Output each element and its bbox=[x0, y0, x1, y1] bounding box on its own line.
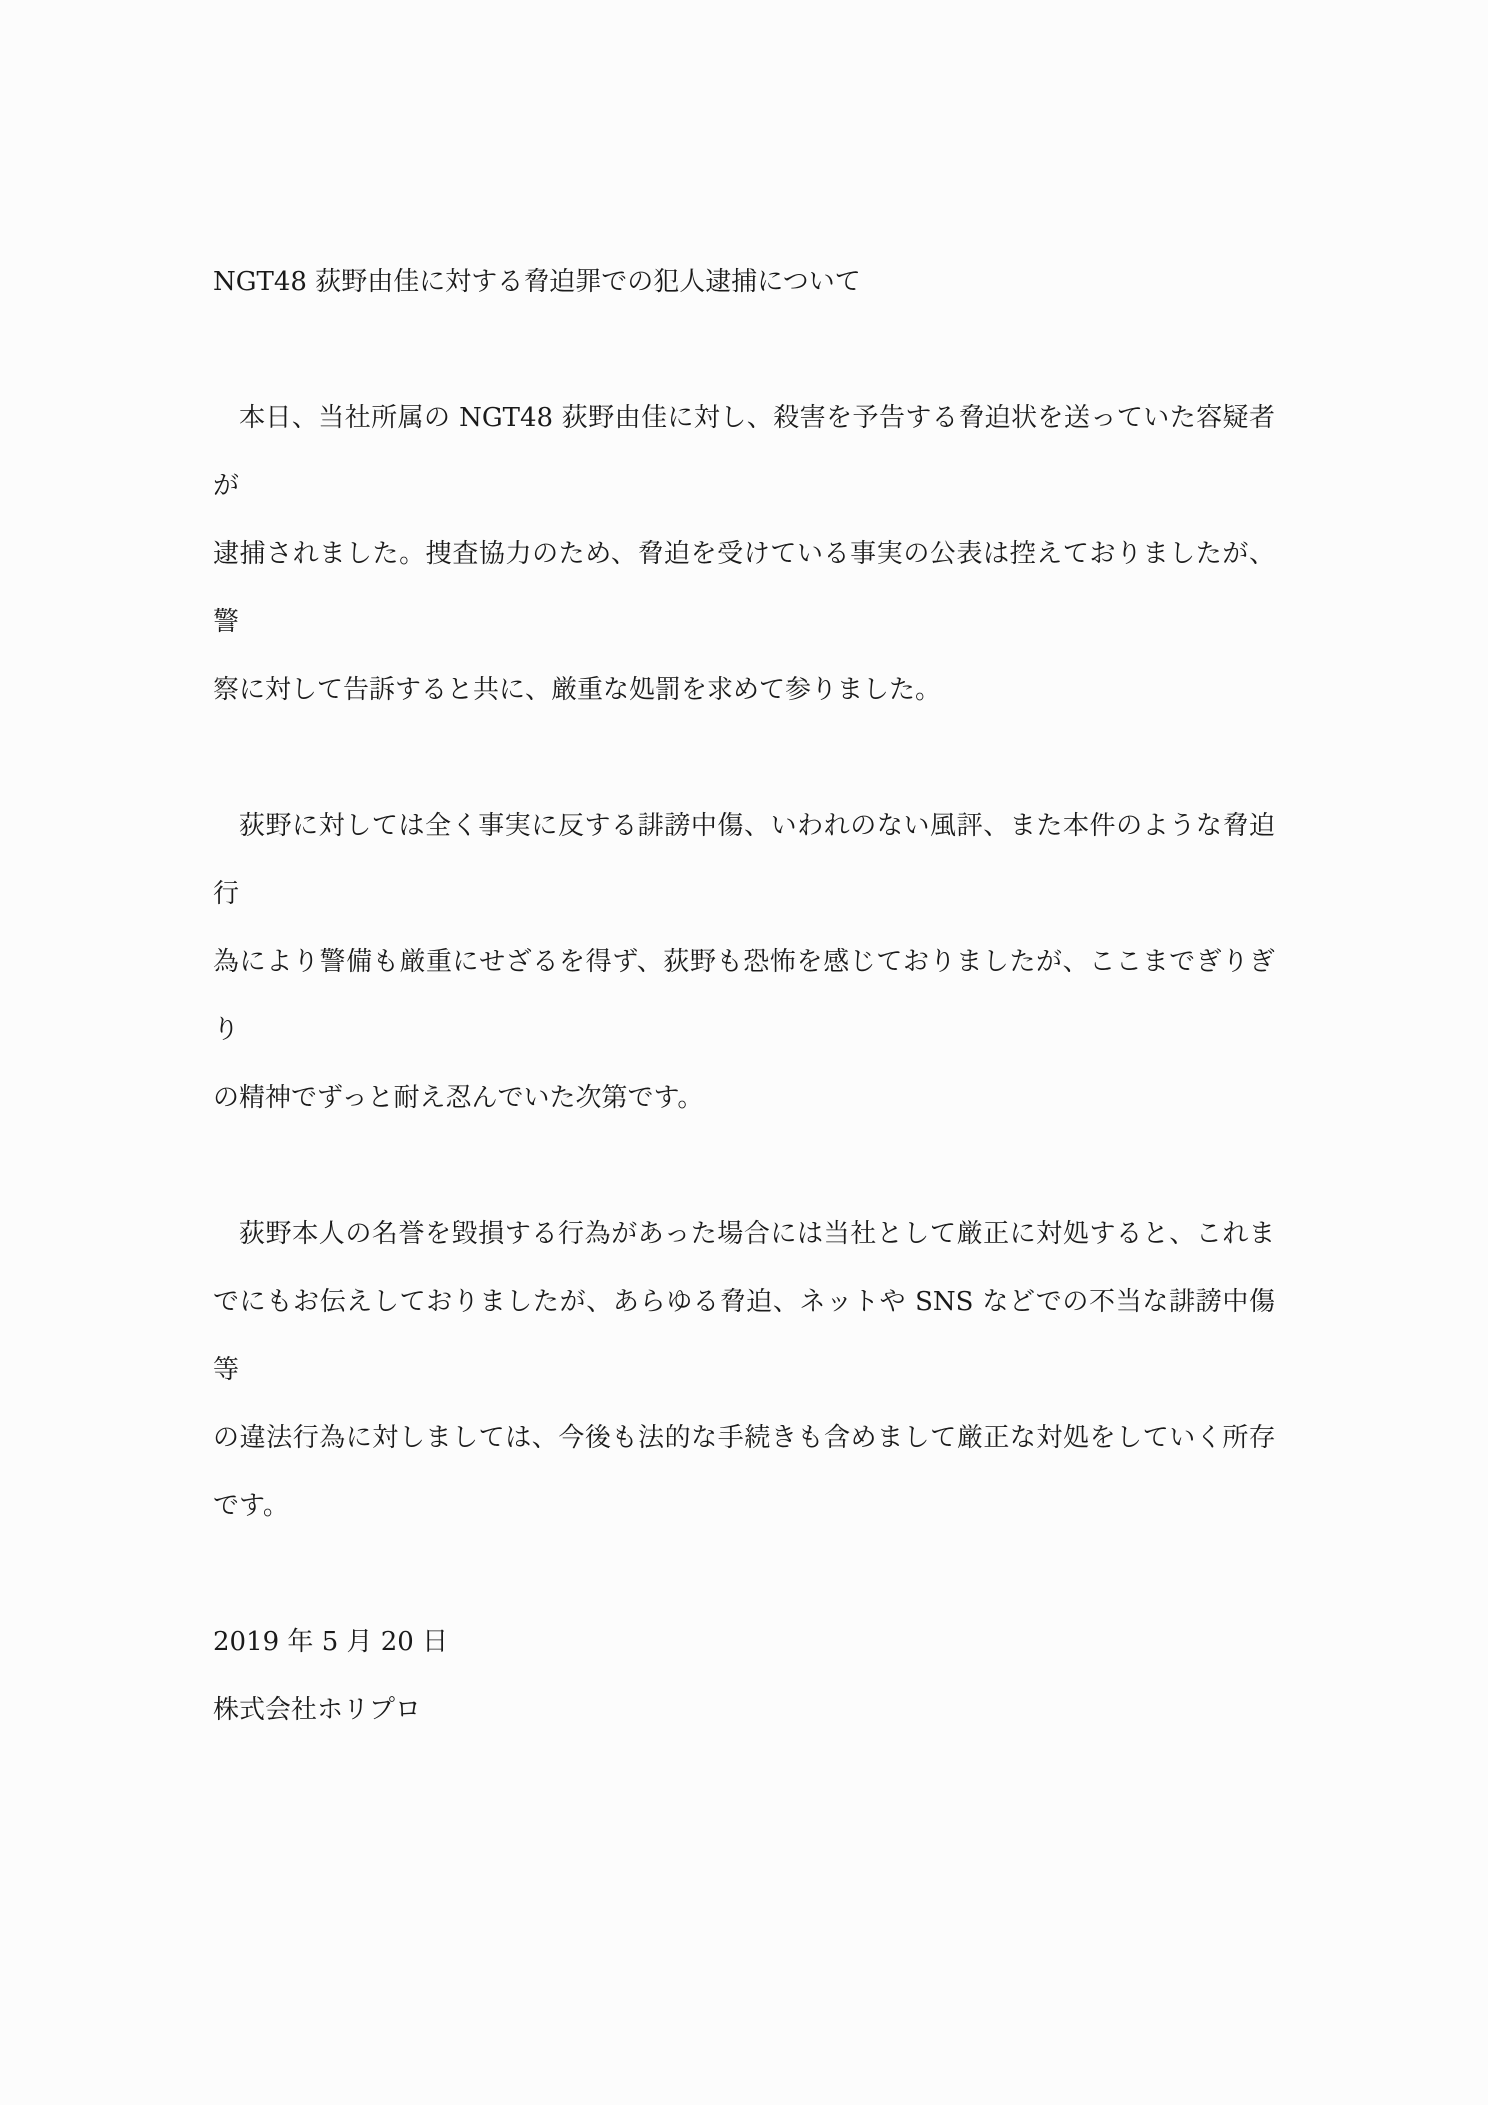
paragraph-3-line-3: の違法行為に対しましては、今後も法的な手続きも含めまして厳正な対処をしていく所存 bbox=[213, 1404, 1275, 1472]
document-title: NGT48 荻野由佳に対する脅迫罪での犯人逮捕について bbox=[213, 248, 1275, 316]
paragraph-1-line-3: 察に対して告訴すると共に、厳重な処罰を求めて参りました。 bbox=[213, 656, 1275, 724]
paragraph-2-line-2: 為により警備も厳重にせざるを得ず、荻野も恐怖を感じておりましたが、ここまでぎりぎ… bbox=[213, 928, 1275, 1064]
paragraph-1: 本日、当社所属の NGT48 荻野由佳に対し、殺害を予告する脅迫状を送っていた容… bbox=[213, 384, 1275, 724]
signature-block: 2019 年 5 月 20 日 株式会社ホリプロ bbox=[213, 1608, 1275, 1744]
paragraph-3-line-4: です。 bbox=[213, 1472, 1275, 1540]
document-page: NGT48 荻野由佳に対する脅迫罪での犯人逮捕について 本日、当社所属の NGT… bbox=[0, 0, 1488, 2105]
paragraph-3: 荻野本人の名誉を毀損する行為があった場合には当社として厳正に対処すると、これま … bbox=[213, 1200, 1275, 1540]
paragraph-3-line-1: 荻野本人の名誉を毀損する行為があった場合には当社として厳正に対処すると、これま bbox=[213, 1200, 1275, 1268]
company-name: 株式会社ホリプロ bbox=[213, 1676, 1275, 1744]
paragraph-1-line-2: 逮捕されました。捜査協力のため、脅迫を受けている事実の公表は控えておりましたが、… bbox=[213, 520, 1275, 656]
paragraph-2: 荻野に対しては全く事実に反する誹謗中傷、いわれのない風評、また本件のような脅迫行… bbox=[213, 792, 1275, 1132]
paragraph-2-line-3: の精神でずっと耐え忍んでいた次第です。 bbox=[213, 1064, 1275, 1132]
document-date: 2019 年 5 月 20 日 bbox=[213, 1608, 1275, 1676]
paragraph-2-line-1: 荻野に対しては全く事実に反する誹謗中傷、いわれのない風評、また本件のような脅迫行 bbox=[213, 792, 1275, 928]
paragraph-1-line-1: 本日、当社所属の NGT48 荻野由佳に対し、殺害を予告する脅迫状を送っていた容… bbox=[213, 384, 1275, 520]
paragraph-3-line-2: でにもお伝えしておりましたが、あらゆる脅迫、ネットや SNS などでの不当な誹謗… bbox=[213, 1268, 1275, 1404]
